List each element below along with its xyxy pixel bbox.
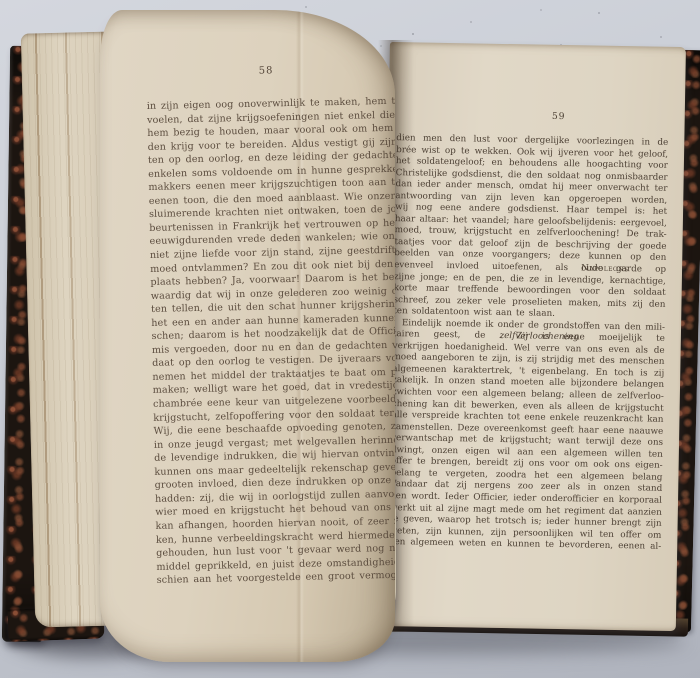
right-page: 59 dien men den lust voor dergelijke voo… — [380, 42, 686, 631]
left-page: 58 in zijn eigen oog onoverwinlijk te ma… — [100, 10, 395, 662]
right-page-content: 59 dien men den lust voor dergelijke voo… — [388, 108, 669, 613]
page-number: 58 — [146, 63, 386, 79]
photo-background: 59 dien men den lust voor dergelijke voo… — [0, 0, 700, 678]
dust-specks — [0, 0, 2, 2]
page-text: dien men den lust voor dergelijke voorle… — [389, 133, 668, 553]
left-page-content: 58 in zijn eigen oog onoverwinlijk te ma… — [146, 61, 395, 628]
page-number: 59 — [423, 109, 695, 125]
page-text: in zijn eigen oog onoverwinlijk te maken… — [147, 93, 395, 587]
